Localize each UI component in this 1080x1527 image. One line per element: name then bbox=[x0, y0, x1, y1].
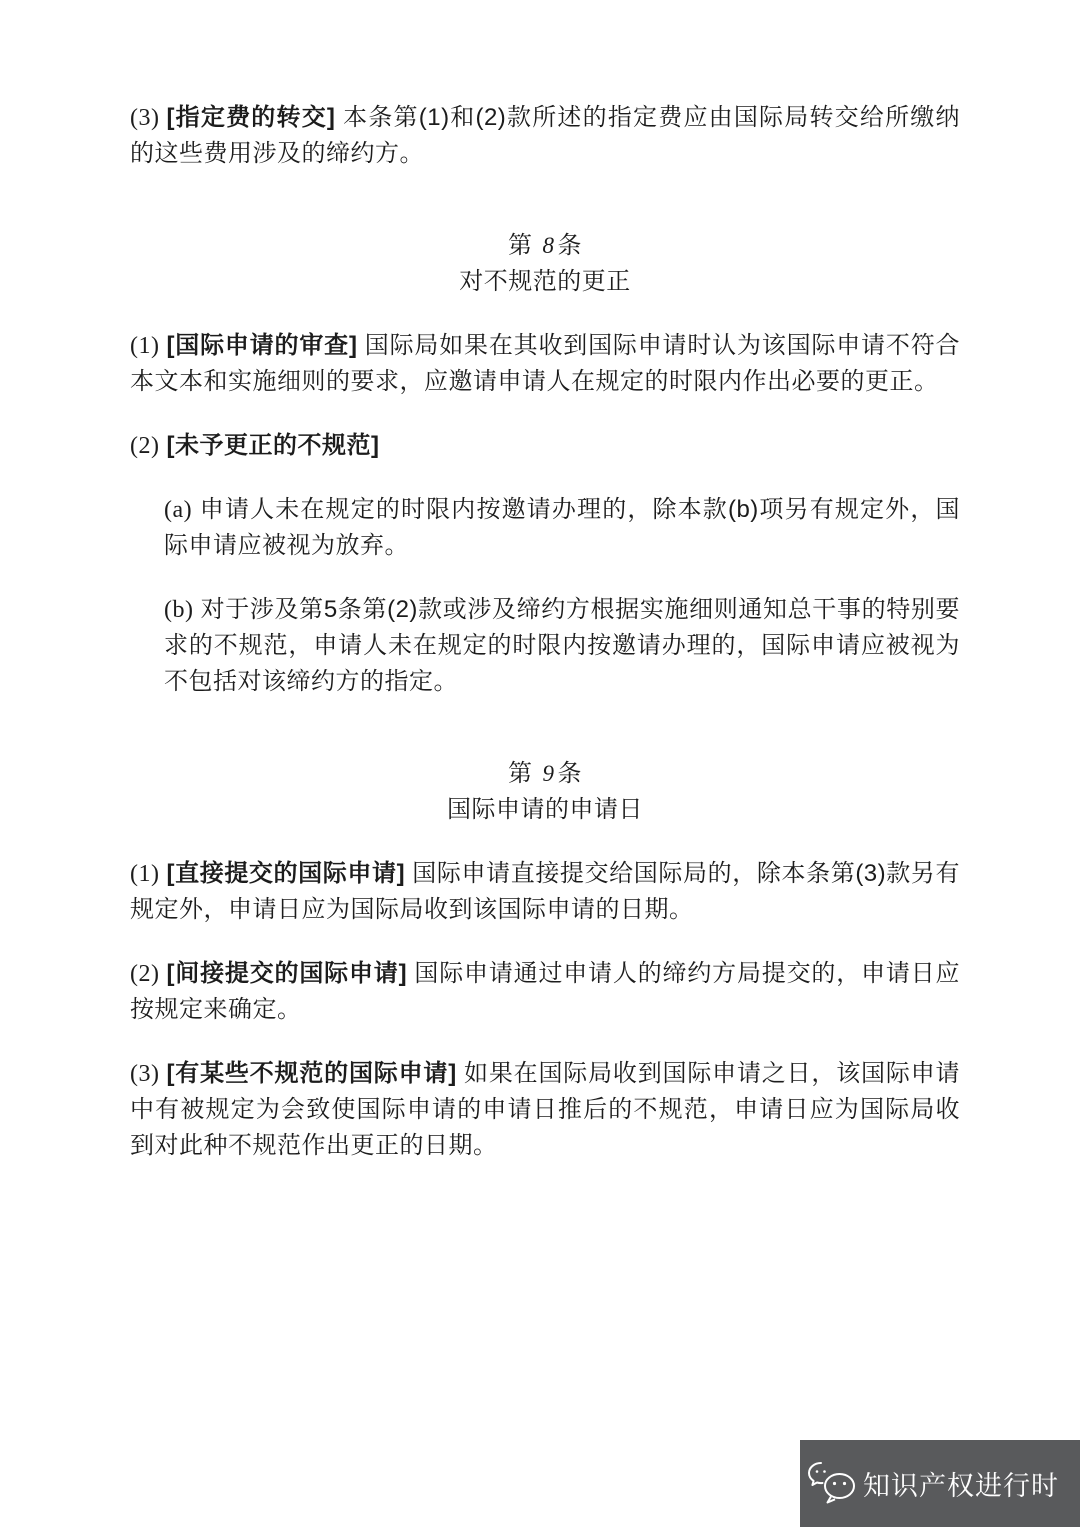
paragraph-label: [未予更正的不规范] bbox=[166, 432, 379, 459]
heading-suffix: 条 bbox=[558, 760, 583, 787]
watermark-text: 知识产权进行时 bbox=[863, 1464, 1059, 1503]
paragraph-text: 对于涉及第5条第(2)款或涉及缔约方根据实施细则通知总干事的特别要求的不规范，申… bbox=[164, 596, 960, 695]
heading-number: 8 bbox=[543, 233, 555, 258]
article-9: 第9条 国际申请的申请日 (1)[直接提交的国际申请]国际申请直接提交给国际局的… bbox=[130, 756, 960, 1164]
watermark-badge: 知识产权进行时 bbox=[800, 1440, 1080, 1527]
paragraph-label: [国际申请的审查] bbox=[166, 332, 357, 359]
paragraph-label: [指定费的转交] bbox=[166, 104, 335, 131]
heading-suffix: 条 bbox=[558, 232, 583, 259]
article-8: 第8条 对不规范的更正 (1)[国际申请的审查]国际局如果在其收到国际申请时认为… bbox=[130, 228, 960, 700]
paragraph-label: [直接提交的国际申请] bbox=[166, 860, 405, 887]
paragraph-fee-transfer: (3)[指定费的转交]本条第(1)和(2)款所述的指定费应由国际局转交给所缴纳的… bbox=[130, 100, 960, 172]
heading-prefix: 第 bbox=[508, 760, 533, 787]
document-body: (3)[指定费的转交]本条第(1)和(2)款所述的指定费应由国际局转交给所缴纳的… bbox=[130, 100, 960, 1192]
paragraph-marker: (3) bbox=[130, 105, 159, 131]
paragraph-a9-1: (1)[直接提交的国际申请]国际申请直接提交给国际局的，除本条第(3)款另有规定… bbox=[130, 856, 960, 928]
paragraph-marker: (b) bbox=[164, 597, 193, 623]
paragraph-label: [有某些不规范的国际申请] bbox=[166, 1060, 456, 1087]
article-9-heading: 第9条 bbox=[130, 756, 960, 792]
paragraph-marker: (1) bbox=[130, 333, 159, 359]
heading-number: 9 bbox=[543, 761, 555, 786]
heading-prefix: 第 bbox=[508, 232, 533, 259]
article-9-subtitle: 国际申请的申请日 bbox=[130, 792, 960, 828]
paragraph-marker: (1) bbox=[130, 861, 159, 887]
paragraph-label: [间接提交的国际申请] bbox=[166, 960, 407, 987]
paragraph-a8-1: (1)[国际申请的审查]国际局如果在其收到国际申请时认为该国际申请不符合本文本和… bbox=[130, 328, 960, 400]
paragraph-marker: (3) bbox=[130, 1061, 159, 1087]
paragraph-a8-2a: (a)申请人未在规定的时限内按邀请办理的，除本款(b)项另有规定外，国际申请应被… bbox=[164, 492, 960, 564]
paragraph-marker: (2) bbox=[130, 433, 159, 459]
paragraph-a8-2: (2)[未予更正的不规范] bbox=[130, 428, 960, 464]
paragraph-a8-2b: (b)对于涉及第5条第(2)款或涉及缔约方根据实施细则通知总干事的特别要求的不规… bbox=[164, 592, 960, 700]
article-8-subtitle: 对不规范的更正 bbox=[130, 264, 960, 300]
paragraph-a9-2: (2)[间接提交的国际申请]国际申请通过申请人的缔约方局提交的，申请日应按规定来… bbox=[130, 956, 960, 1028]
document-page: (3)[指定费的转交]本条第(1)和(2)款所述的指定费应由国际局转交给所缴纳的… bbox=[0, 0, 1080, 1527]
wechat-icon bbox=[807, 1461, 859, 1507]
paragraph-text: 申请人未在规定的时限内按邀请办理的，除本款(b)项另有规定外，国际申请应被视为放… bbox=[164, 496, 960, 559]
article-8-heading: 第8条 bbox=[130, 228, 960, 264]
paragraph-a9-3: (3)[有某些不规范的国际申请]如果在国际局收到国际申请之日，该国际申请中有被规… bbox=[130, 1056, 960, 1164]
paragraph-marker: (a) bbox=[164, 497, 192, 523]
paragraph-marker: (2) bbox=[130, 961, 159, 987]
